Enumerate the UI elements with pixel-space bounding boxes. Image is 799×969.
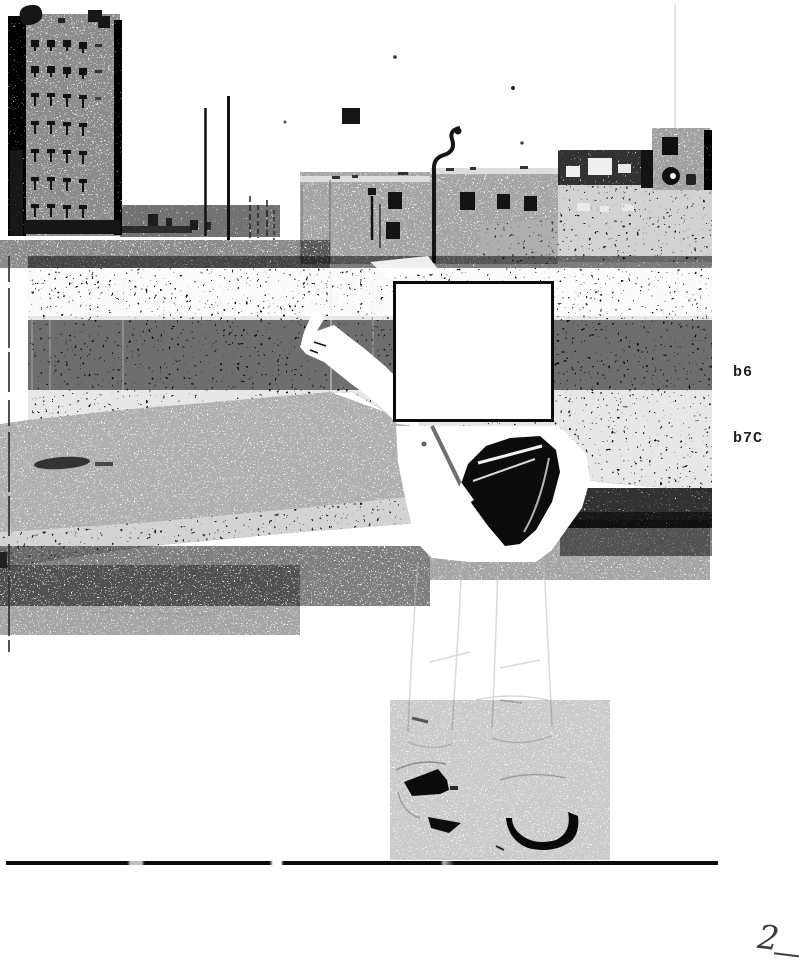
footer-rule <box>6 861 718 865</box>
shoes <box>390 700 610 860</box>
handwritten-page-number: 2 <box>756 918 799 968</box>
exemption-code-b7c: b7C <box>733 428 763 450</box>
handwritten-tail-stroke <box>774 952 799 957</box>
photograph <box>0 0 799 969</box>
parapet-top-haze <box>28 256 712 270</box>
exemption-code-b6: b6 <box>733 362 763 384</box>
scanned-document-page: { "page": { "paper_color": "#ffffff", "i… <box>0 0 799 969</box>
left-building <box>8 5 192 236</box>
redaction-box <box>393 281 554 422</box>
center-buildings <box>284 55 561 264</box>
rooftop-clutter <box>120 96 280 240</box>
exemption-codes: b6 b7C <box>733 318 763 472</box>
right-buildings <box>558 4 712 269</box>
